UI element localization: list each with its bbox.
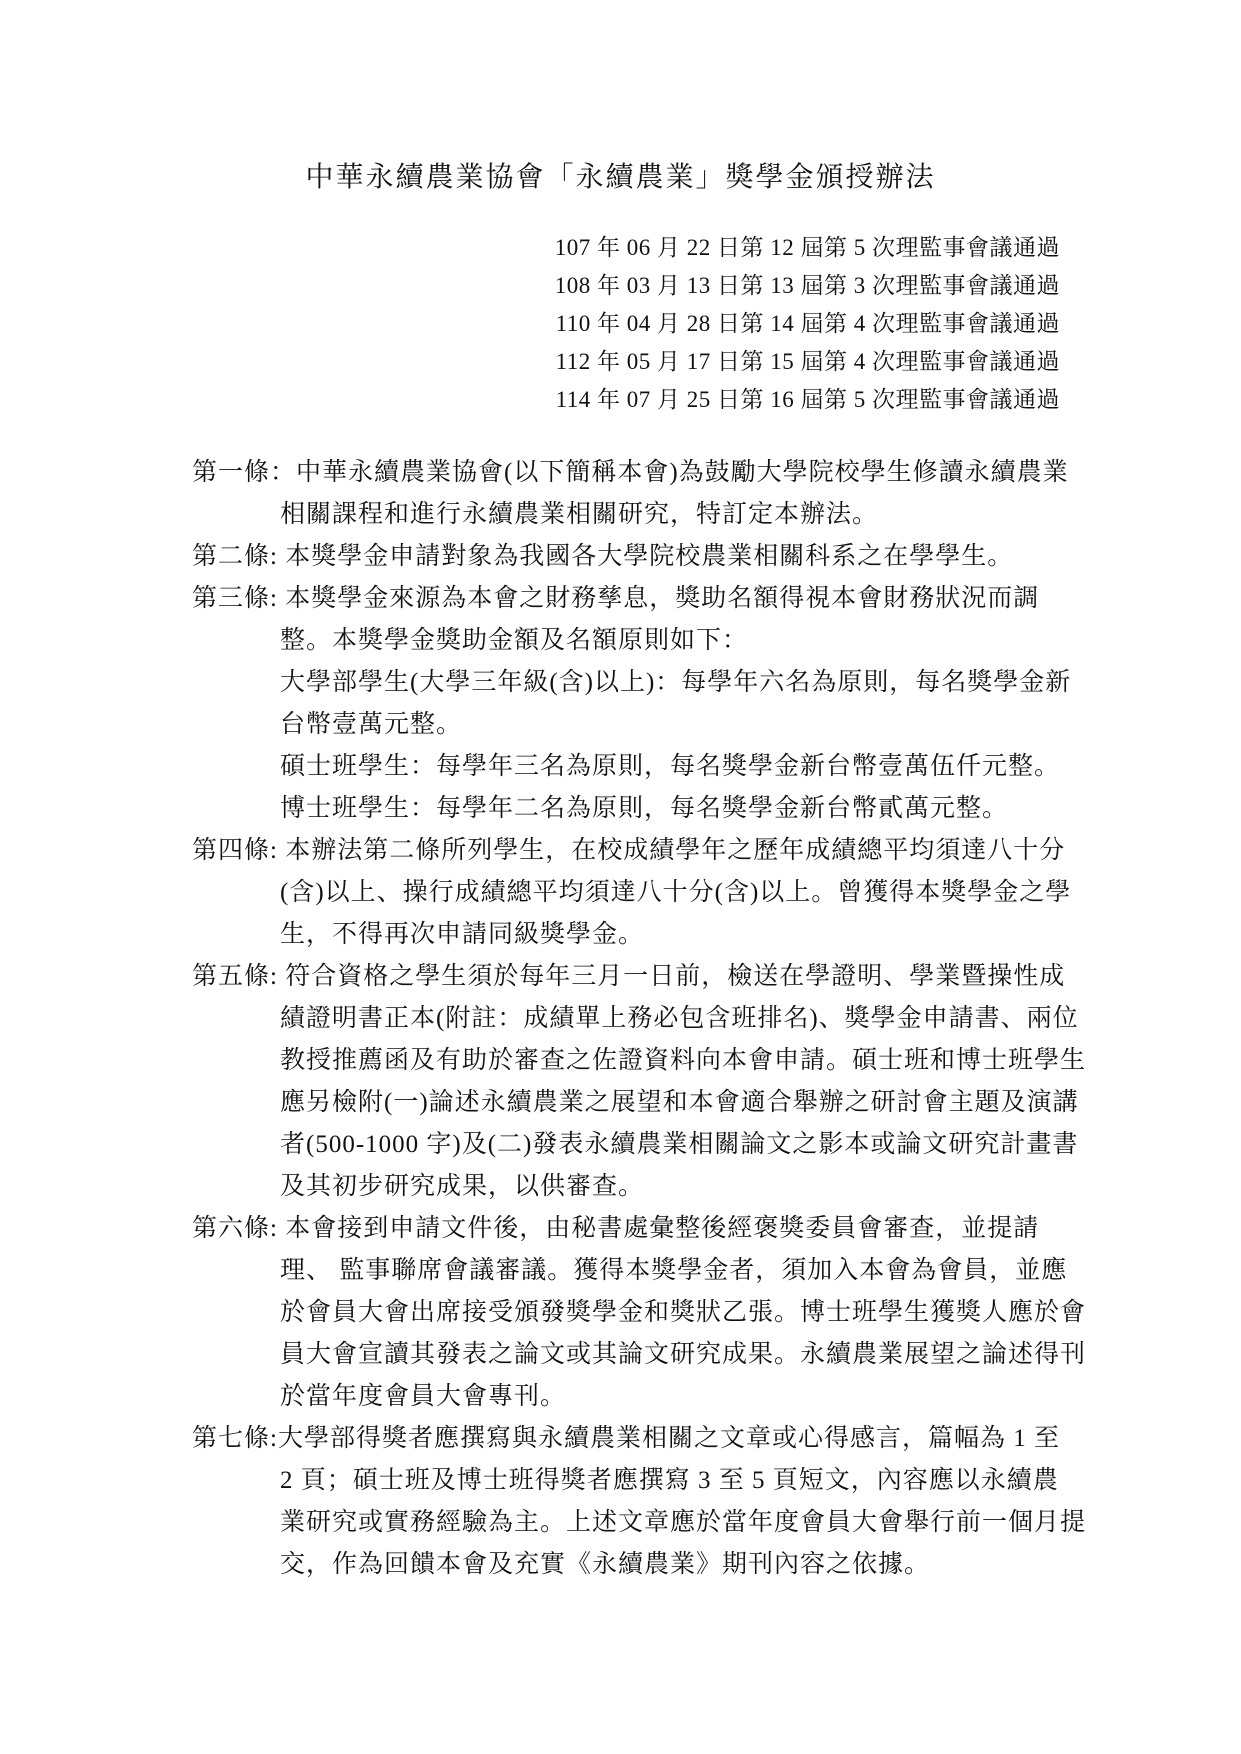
document-page: 中華永續農業協會「永續農業」獎學金頒授辦法 107 年 06 月 22 日第 1… <box>0 0 1241 1754</box>
article-1: 第一條：中華永續農業協會(以下簡稱本會)為鼓勵大學院校學生修讀永續農業相關課程和… <box>192 452 1172 536</box>
article-line: 交，作為回饋本會及充實《永續農業》期刊內容之依據。 <box>280 1544 1172 1586</box>
article-line-text: 理、 監事聯席會議審議。獲得本獎學金者，須加入本會為會員，並應 <box>280 1257 1067 1284</box>
article-line: 台幣壹萬元整。 <box>280 704 1172 746</box>
article-line-text: 及其初步研究成果，以供審查。 <box>280 1173 644 1200</box>
article-line-text: 應另檢附(一)論述永續農業之展望和本會適合舉辦之研討會主題及演講 <box>280 1089 1079 1116</box>
article-line: 者(500-1000 字)及(二)發表永續農業相關論文之影本或論文研究計畫書 <box>280 1124 1172 1166</box>
article-5: 第五條: 符合資格之學生須於每年三月一日前，檢送在學證明、學業暨操性成績證明書正… <box>192 956 1172 1208</box>
article-line: 績證明書正本(附註：成績單上務必包含班排名)、獎學金申請書、兩位 <box>280 998 1172 1040</box>
article-line-text: 博士班學生：每學年二名為原則，每名獎學金新台幣貳萬元整。 <box>280 795 1008 822</box>
revision-line: 108 年 03 月 13 日第 13 屆第 3 次理監事會議通過 <box>555 267 1060 305</box>
article-line-text: 生，不得再次申請同級獎學金。 <box>280 921 644 948</box>
article-line-text: 員大會宣讀其發表之論文或其論文研究成果。永續農業展望之論述得刊 <box>280 1341 1086 1368</box>
article-line-text: 於會員大會出席接受頒發獎學金和獎狀乙張。博士班學生獲獎人應於會 <box>280 1299 1086 1326</box>
article-line: 整。本獎學金獎助金額及名額原則如下： <box>280 620 1172 662</box>
article-line: 大學部學生(大學三年級(含)以上)：每學年六名為原則，每名獎學金新 <box>280 662 1172 704</box>
article-line: 理、 監事聯席會議審議。獲得本獎學金者，須加入本會為會員，並應 <box>280 1250 1172 1292</box>
article-label: 第二條: <box>192 543 278 570</box>
article-line-text: 本獎學金申請對象為我國各大學院校農業相關科系之在學學生。 <box>278 543 1013 570</box>
article-line: 2 頁；碩士班及博士班得獎者應撰寫 3 至 5 頁短文，內容應以永續農 <box>280 1460 1172 1502</box>
article-first-line: 第三條: 本獎學金來源為本會之財務孳息，獎助名額得視本會財務狀況而調 <box>280 578 1172 620</box>
article-line-text: 符合資格之學生須於每年三月一日前，檢送在學證明、學業暨操性成 <box>278 963 1065 990</box>
article-first-line: 第一條：中華永續農業協會(以下簡稱本會)為鼓勵大學院校學生修讀永續農業 <box>280 452 1172 494</box>
article-label: 第七條: <box>192 1425 278 1452</box>
article-line-text: 大學部學生(大學三年級(含)以上)：每學年六名為原則，每名獎學金新 <box>280 669 1071 696</box>
revision-line: 107 年 06 月 22 日第 12 屆第 5 次理監事會議通過 <box>555 229 1060 267</box>
article-line-text: 交，作為回饋本會及充實《永續農業》期刊內容之依據。 <box>280 1551 930 1578</box>
article-line: 於會員大會出席接受頒發獎學金和獎狀乙張。博士班學生獲獎人應於會 <box>280 1292 1172 1334</box>
article-line: 生，不得再次申請同級獎學金。 <box>280 914 1172 956</box>
article-label: 第五條: <box>192 963 278 990</box>
article-line-text: 者(500-1000 字)及(二)發表永續農業相關論文之影本或論文研究計畫書 <box>280 1131 1078 1158</box>
article-line-text: 於當年度會員大會專刊。 <box>280 1383 566 1410</box>
article-line-text: 中華永續農業協會(以下簡稱本會)為鼓勵大學院校學生修讀永續農業 <box>296 459 1069 486</box>
article-line-text: 本會接到申請文件後，由秘書處彙整後經褒獎委員會審查，並提請 <box>278 1215 1039 1242</box>
article-line: 博士班學生：每學年二名為原則，每名獎學金新台幣貳萬元整。 <box>280 788 1172 830</box>
article-line: 員大會宣讀其發表之論文或其論文研究成果。永續農業展望之論述得刊 <box>280 1334 1172 1376</box>
article-line-text: 本辦法第二條所列學生，在校成績學年之歷年成績總平均須達八十分 <box>278 837 1065 864</box>
article-label: 第三條: <box>192 585 278 612</box>
article-2: 第二條: 本獎學金申請對象為我國各大學院校農業相關科系之在學學生。 <box>192 536 1172 578</box>
article-6: 第六條: 本會接到申請文件後，由秘書處彙整後經褒獎委員會審查，並提請理、 監事聯… <box>192 1208 1172 1418</box>
article-3: 第三條: 本獎學金來源為本會之財務孳息，獎助名額得視本會財務狀況而調整。本獎學金… <box>192 578 1172 830</box>
revision-line: 112 年 05 月 17 日第 15 屆第 4 次理監事會議通過 <box>555 343 1060 381</box>
article-line: 業研究或實務經驗為主。上述文章應於當年度會員大會舉行前一個月提 <box>280 1502 1172 1544</box>
article-line-text: 相關課程和進行永續農業相關研究，特訂定本辦法。 <box>280 501 878 528</box>
article-label: 第一條： <box>192 459 296 486</box>
article-line: (含)以上、操行成績總平均須達八十分(含)以上。曾獲得本獎學金之學 <box>280 872 1172 914</box>
article-line: 及其初步研究成果，以供審查。 <box>280 1166 1172 1208</box>
article-line: 相關課程和進行永續農業相關研究，特訂定本辦法。 <box>280 494 1172 536</box>
article-line-text: 教授推薦函及有助於審查之佐證資料向本會申請。碩士班和博士班學生 <box>280 1047 1086 1074</box>
article-line-text: 台幣壹萬元整。 <box>280 711 462 738</box>
revision-line: 110 年 04 月 28 日第 14 屆第 4 次理監事會議通過 <box>555 305 1060 343</box>
article-line-text: (含)以上、操行成績總平均須達八十分(含)以上。曾獲得本獎學金之學 <box>280 879 1071 906</box>
article-line-text: 大學部得獎者應撰寫與永續農業相關之文章或心得感言，篇幅為 1 至 <box>278 1425 1060 1452</box>
document-title: 中華永續農業協會「永續農業」獎學金頒授辦法 <box>0 160 1241 196</box>
article-line-text: 本獎學金來源為本會之財務孳息，獎助名額得視本會財務狀況而調 <box>278 585 1039 612</box>
article-line-text: 整。本獎學金獎助金額及名額原則如下： <box>280 627 748 654</box>
article-label: 第四條: <box>192 837 278 864</box>
article-4: 第四條: 本辦法第二條所列學生，在校成績學年之歷年成績總平均須達八十分(含)以上… <box>192 830 1172 956</box>
document-body: 第一條：中華永續農業協會(以下簡稱本會)為鼓勵大學院校學生修讀永續農業相關課程和… <box>192 452 1172 1586</box>
article-first-line: 第五條: 符合資格之學生須於每年三月一日前，檢送在學證明、學業暨操性成 <box>280 956 1172 998</box>
article-line: 應另檢附(一)論述永續農業之展望和本會適合舉辦之研討會主題及演講 <box>280 1082 1172 1124</box>
revision-line: 114 年 07 月 25 日第 16 屆第 5 次理監事會議通過 <box>555 381 1060 419</box>
article-label: 第六條: <box>192 1215 278 1242</box>
article-line: 碩士班學生：每學年三名為原則，每名獎學金新台幣壹萬伍仟元整。 <box>280 746 1172 788</box>
article-7: 第七條:大學部得獎者應撰寫與永續農業相關之文章或心得感言，篇幅為 1 至2 頁；… <box>192 1418 1172 1586</box>
article-first-line: 第二條: 本獎學金申請對象為我國各大學院校農業相關科系之在學學生。 <box>280 536 1172 578</box>
article-first-line: 第六條: 本會接到申請文件後，由秘書處彙整後經褒獎委員會審查，並提請 <box>280 1208 1172 1250</box>
revision-history: 107 年 06 月 22 日第 12 屆第 5 次理監事會議通過108 年 0… <box>555 229 1060 419</box>
article-line-text: 2 頁；碩士班及博士班得獎者應撰寫 3 至 5 頁短文，內容應以永續農 <box>280 1467 1059 1494</box>
article-line-text: 碩士班學生：每學年三名為原則，每名獎學金新台幣壹萬伍仟元整。 <box>280 753 1060 780</box>
article-line-text: 績證明書正本(附註：成績單上務必包含班排名)、獎學金申請書、兩位 <box>280 1005 1079 1032</box>
article-line-text: 業研究或實務經驗為主。上述文章應於當年度會員大會舉行前一個月提 <box>280 1509 1086 1536</box>
article-first-line: 第四條: 本辦法第二條所列學生，在校成績學年之歷年成績總平均須達八十分 <box>280 830 1172 872</box>
article-line: 於當年度會員大會專刊。 <box>280 1376 1172 1418</box>
article-line: 教授推薦函及有助於審查之佐證資料向本會申請。碩士班和博士班學生 <box>280 1040 1172 1082</box>
article-first-line: 第七條:大學部得獎者應撰寫與永續農業相關之文章或心得感言，篇幅為 1 至 <box>280 1418 1172 1460</box>
